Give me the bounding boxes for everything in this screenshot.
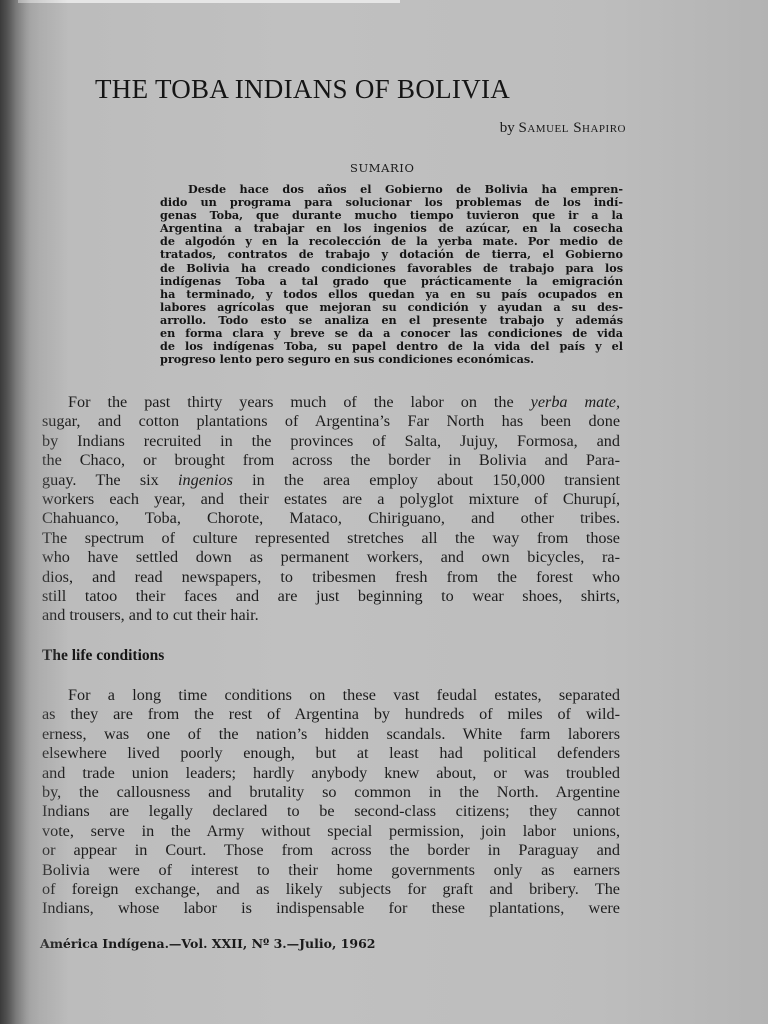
paragraph-line: Chahuanco, Toba, Chorote, Mataco, Chirig… xyxy=(42,509,620,528)
paragraph-line: elsewhere lived poorly enough, but at le… xyxy=(42,744,620,763)
paragraph-line: erness, was one of the nation’s hidden s… xyxy=(42,725,620,744)
sumario-line: tratados, contratos de trabajo y dotació… xyxy=(160,248,623,261)
paragraph-line: and trousers, and to cut their hair. xyxy=(42,606,620,625)
paragraph-line: and trade union leaders; hardly anybody … xyxy=(42,764,620,783)
byline-prefix: by xyxy=(500,120,519,136)
line-text: For the past thirty years much of the la… xyxy=(68,393,531,411)
author-name: Samuel Shapiro xyxy=(519,120,627,136)
sumario-heading: SUMARIO xyxy=(350,161,414,175)
page-edge-strip xyxy=(18,0,400,3)
body-paragraph-2: For a long time conditions on these vast… xyxy=(42,686,620,919)
journal-citation-footer: América Indígena.—Vol. XXII, Nº 3.—Julio… xyxy=(40,936,375,951)
paragraph-line: as they are from the rest of Argentina b… xyxy=(42,705,620,724)
paragraph-line: vote, serve in the Army without special … xyxy=(42,822,620,841)
line-text: in the area employ about 150,000 transie… xyxy=(233,471,620,489)
paragraph-line: Indians, whose labor is indispensable fo… xyxy=(42,899,620,918)
paragraph-line: dios, and read newspapers, to tribesmen … xyxy=(42,568,620,587)
sumario-abstract: Desde hace dos años el Gobierno de Boliv… xyxy=(160,183,623,366)
sumario-line: progreso lento pero seguro en sus condic… xyxy=(160,353,623,366)
italic-term-yerba-mate: yerba mate, xyxy=(531,393,620,411)
paragraph-line: or appear in Court. Those from across th… xyxy=(42,841,620,860)
sumario-line: ha terminado, y todos ellos quedan ya en… xyxy=(160,288,623,301)
scanned-page: THE TOBA INDIANS OF BOLIVIA by Samuel Sh… xyxy=(0,0,768,1024)
paragraph-line: For the past thirty years much of the la… xyxy=(42,393,620,412)
article-title: THE TOBA INDIANS OF BOLIVIA xyxy=(95,74,615,105)
paragraph-line: by, the callousness and brutality so com… xyxy=(42,783,620,802)
paragraph-line: For a long time conditions on these vast… xyxy=(42,686,620,705)
paragraph-line: Bolivia were of interest to their home g… xyxy=(42,861,620,880)
sumario-line: labores agrícolas que mejoran su condici… xyxy=(160,301,623,314)
paragraph-line: Indians are legally declared to be secon… xyxy=(42,802,620,821)
line-text: guay. The six xyxy=(42,471,178,489)
byline: by Samuel Shapiro xyxy=(500,120,626,137)
paragraph-line: still tatoo their faces and are just beg… xyxy=(42,587,620,606)
body-paragraph-1: For the past thirty years much of the la… xyxy=(42,393,620,626)
paragraph-line: guay. The six ingenios in the area emplo… xyxy=(42,471,620,490)
paragraph-line: sugar, and cotton plantations of Argenti… xyxy=(42,412,620,431)
paragraph-line: The spectrum of culture represented stre… xyxy=(42,529,620,548)
sumario-line: de Bolivia ha creado condiciones favorab… xyxy=(160,262,623,275)
paragraph-line: who have settled down as permanent worke… xyxy=(42,548,620,567)
italic-term-ingenios: ingenios xyxy=(178,471,233,489)
paragraph-line: the Chaco, or brought from across the bo… xyxy=(42,451,620,470)
section-heading: The life conditions xyxy=(42,647,164,665)
paragraph-line: of foreign exchange, and as likely subje… xyxy=(42,880,620,899)
paragraph-line: workers each year, and their estates are… xyxy=(42,490,620,509)
sumario-line: indígenas Toba a tal grado que prácticam… xyxy=(160,275,623,288)
paragraph-line: by Indians recruited in the provinces of… xyxy=(42,432,620,451)
